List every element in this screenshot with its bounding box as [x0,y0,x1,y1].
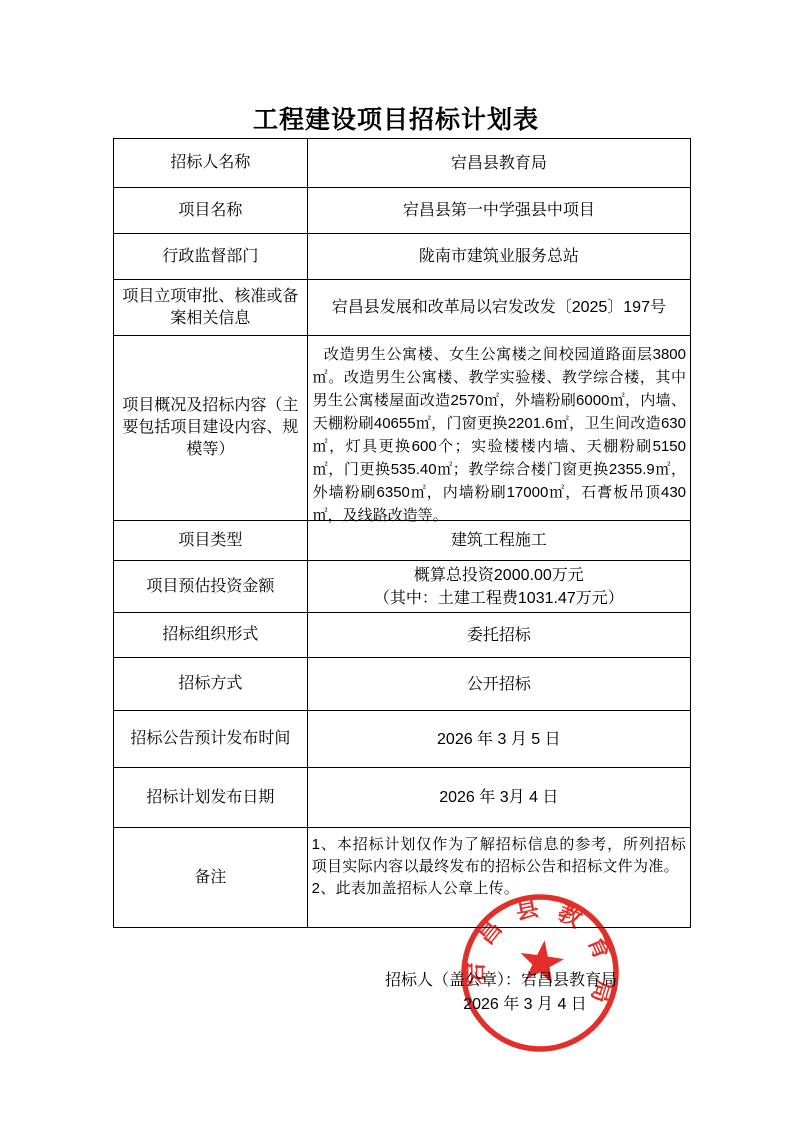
row-label: 招标方式 [114,658,308,710]
row-project-type: 项目类型 建筑工程施工 [114,521,691,561]
signature-date: 2026 年 3 月 4 日 [423,993,627,1017]
row-value: 宕昌县教育局 [308,139,691,187]
row-value: 2026 年 3 月 5 日 [308,711,691,767]
row-label: 项目概况及招标内容（主要包括项目建设内容、规模等） [114,336,308,520]
row-bidding-method: 招标方式 公开招标 [114,658,691,711]
remark-item-2: 2、此表加盖招标人公章上传。 [312,878,686,900]
row-value: 1、本招标计划仅作为了解招标信息的参考，所列招标项目实际内容以最终发布的招标公告… [308,828,691,927]
row-value: 改造男生公寓楼、女生公寓楼之间校园道路面层3800㎡。改造男生公寓楼、教学实验楼… [308,336,691,520]
row-value: 陇南市建筑业服务总站 [308,234,691,279]
page-title: 工程建设项目招标计划表 [0,100,792,136]
row-project-name: 项目名称 宕昌县第一中学强县中项目 [114,188,691,234]
investment-detail: （其中：土建工程费1031.47万元） [374,587,624,610]
row-announcement-time: 招标公告预计发布时间 2026 年 3 月 5 日 [114,711,691,768]
row-label: 招标计划发布日期 [114,768,308,827]
signer-line: 招标人（盖公章）：宕昌县教育局 [385,969,627,993]
row-supervision-department: 行政监督部门 陇南市建筑业服务总站 [114,234,691,280]
row-value: 委托招标 [308,613,691,657]
row-estimated-investment: 项目预估投资金额 概算总投资2000.00万元 （其中：土建工程费1031.47… [114,561,691,613]
row-value: 公开招标 [308,658,691,710]
row-value: 宕昌县第一中学强县中项目 [308,188,691,233]
document-page: 工程建设项目招标计划表 招标人名称 宕昌县教育局 项目名称 宕昌县第一中学强县中… [0,0,792,1121]
remark-item-1: 1、本招标计划仅作为了解招标信息的参考，所列招标项目实际内容以最终发布的招标公告… [312,834,686,878]
row-label: 行政监督部门 [114,234,308,279]
row-label: 项目名称 [114,188,308,233]
row-label: 招标公告预计发布时间 [114,711,308,767]
row-value: 宕昌县发展和改革局以宕发改发〔2025〕197号 [308,280,691,335]
row-label: 项目预估投资金额 [114,561,308,612]
row-value: 建筑工程施工 [308,521,691,560]
row-label: 备注 [114,828,308,927]
row-project-overview: 项目概况及招标内容（主要包括项目建设内容、规模等） 改造男生公寓楼、女生公寓楼之… [114,336,691,521]
bidding-plan-table: 招标人名称 宕昌县教育局 项目名称 宕昌县第一中学强县中项目 行政监督部门 陇南… [113,138,691,928]
investment-total: 概算总投资2000.00万元 [414,564,584,587]
row-approval-info: 项目立项审批、核准或备案相关信息 宕昌县发展和改革局以宕发改发〔2025〕197… [114,280,691,336]
row-label: 项目立项审批、核准或备案相关信息 [114,280,308,335]
row-value: 概算总投资2000.00万元 （其中：土建工程费1031.47万元） [308,561,691,612]
row-plan-publish-date: 招标计划发布日期 2026 年 3月 4 日 [114,768,691,828]
row-remarks: 备注 1、本招标计划仅作为了解招标信息的参考，所列招标项目实际内容以最终发布的招… [114,828,691,928]
signature-block: 招标人（盖公章）：宕昌县教育局 2026 年 3 月 4 日 [385,969,627,1017]
row-label: 招标人名称 [114,139,308,187]
row-organization-form: 招标组织形式 委托招标 [114,613,691,658]
row-value: 2026 年 3月 4 日 [308,768,691,827]
row-label: 招标组织形式 [114,613,308,657]
row-tenderer-name: 招标人名称 宕昌县教育局 [114,139,691,188]
row-label: 项目类型 [114,521,308,560]
